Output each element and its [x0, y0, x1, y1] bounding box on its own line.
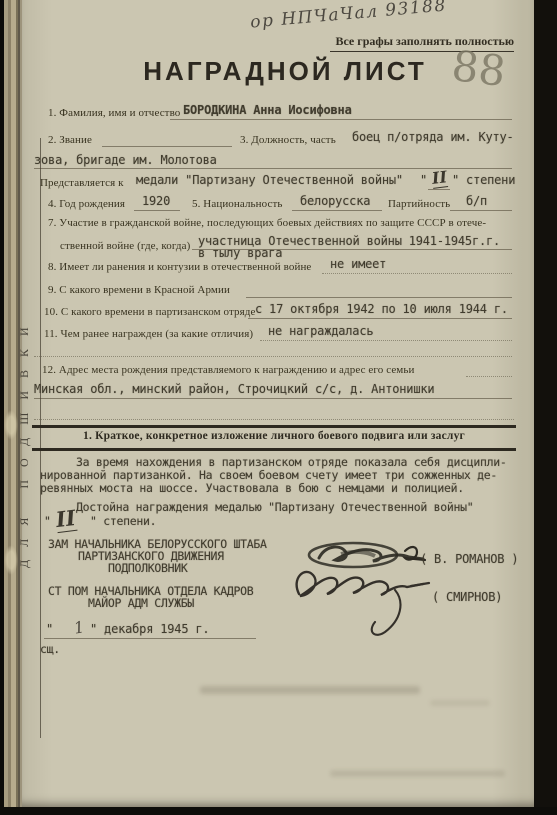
rule	[134, 210, 180, 211]
rule	[44, 638, 256, 639]
previous-awards-value: не награждалась	[268, 324, 373, 338]
signer1-title-3: ПОДПОЛКОВНИК	[108, 561, 187, 575]
field-position-value-2: зова, бригаде им. Молотова	[34, 153, 217, 167]
binding-highlight	[4, 545, 18, 575]
award-degree-tail: " степени.	[90, 514, 156, 528]
rule	[450, 210, 512, 211]
partisan-since-value: с 17 октября 1942 по 10 июля 1944 г.	[255, 302, 508, 316]
citation-line: ревянных моста на шоссе. Участвовала в б…	[40, 481, 464, 495]
field-position-value-1: боец п/отряда им. Куту-	[352, 130, 514, 144]
party-label: Партийность	[388, 198, 450, 210]
citation-line: нированной партизанкой. На своем боевом …	[40, 468, 497, 482]
address-label: 12. Адрес места рождения представляемого…	[42, 364, 414, 376]
rule	[102, 146, 232, 147]
rule	[466, 376, 512, 377]
presented-to-label: Представляется к	[40, 177, 124, 189]
section-divider-bottom	[32, 448, 516, 451]
presented-degree-tail: " степени	[452, 173, 515, 187]
document-title: НАГРАДНОЙ ЛИСТ	[120, 56, 450, 87]
rule	[34, 398, 512, 399]
nationality-value: белорусска	[300, 194, 370, 208]
address-value: Минская обл., минский район, Строчицкий …	[34, 382, 434, 396]
ink-bleedthrough	[430, 700, 490, 706]
handwritten-page-number: 88	[449, 41, 508, 96]
nationality-label: 5. Национальность	[192, 198, 283, 210]
partisan-since-label: 10. С какого времени в партизанском отря…	[44, 306, 255, 318]
signature-smirnov	[283, 562, 443, 640]
citation-section-title: 1. Краткое, конкретное изложение личного…	[32, 430, 516, 442]
scan-background-bottom	[0, 807, 557, 815]
quote-mark: "	[46, 622, 53, 636]
previous-awards-label: 11. Чем ранее награжден (за какие отличи…	[44, 328, 253, 340]
field-rank-label: 2. Звание	[48, 134, 92, 146]
presented-medal-value: медали "Партизану Отечественной войны"	[136, 173, 403, 187]
wounds-label: 8. Имеет ли ранения и контузии в отечест…	[48, 261, 311, 273]
rule	[192, 249, 512, 250]
birth-year-label: 4. Год рождения	[48, 198, 125, 210]
war-participation-label-2: ственной войне (где, когда)	[60, 240, 190, 252]
date-text: " декабря 1945 г.	[90, 622, 209, 636]
rule	[322, 273, 512, 274]
rule	[34, 356, 512, 357]
rule	[428, 189, 450, 190]
ink-bleedthrough	[200, 686, 420, 694]
rule	[170, 119, 512, 120]
rule	[246, 297, 512, 298]
signer2-title-2: МАЙОР АДМ СЛУЖБЫ	[88, 596, 194, 610]
binding-note-vertical: ДЛЯ ПОДШИВКИ	[17, 314, 32, 568]
war-participation-label-1: 7. Участие в гражданской войне, последую…	[48, 217, 486, 229]
handwritten-degree-large: II	[54, 505, 77, 533]
citation-line: За время нахождения в партизанском отряд…	[76, 455, 507, 469]
section-divider-top	[32, 425, 516, 428]
field-position-label: 3. Должность, часть	[240, 134, 336, 146]
clerk-initials: сщ.	[40, 642, 60, 656]
field-name-value: БОРОДКИНА Анна Иосифовна	[183, 103, 352, 117]
signer2-name: ( СМИРНОВ)	[432, 590, 502, 604]
quote-mark: "	[420, 173, 427, 187]
party-value: б/п	[466, 194, 487, 208]
rule	[292, 210, 382, 211]
field-name-label: 1. Фамилия, имя и отчество	[48, 107, 180, 119]
award-recommendation-line: Достойна награждения медалью "Партизану …	[76, 500, 473, 514]
handwritten-degree: II	[431, 167, 448, 189]
rule	[260, 340, 512, 341]
quote-mark: "	[44, 514, 51, 528]
rule	[248, 318, 512, 319]
scanned-award-document: ДЛЯ ПОДШИВКИ ор НПЧаЧал 93188 Все графы …	[0, 0, 557, 815]
binding-highlight	[4, 410, 18, 440]
wounds-value: не имеет	[330, 257, 386, 271]
birth-year-value: 1920	[142, 194, 170, 208]
rule	[34, 419, 514, 420]
red-army-since-label: 9. С какого времени в Красной Армии	[48, 284, 230, 296]
scan-background-right	[534, 0, 557, 815]
ink-bleedthrough	[330, 770, 505, 777]
